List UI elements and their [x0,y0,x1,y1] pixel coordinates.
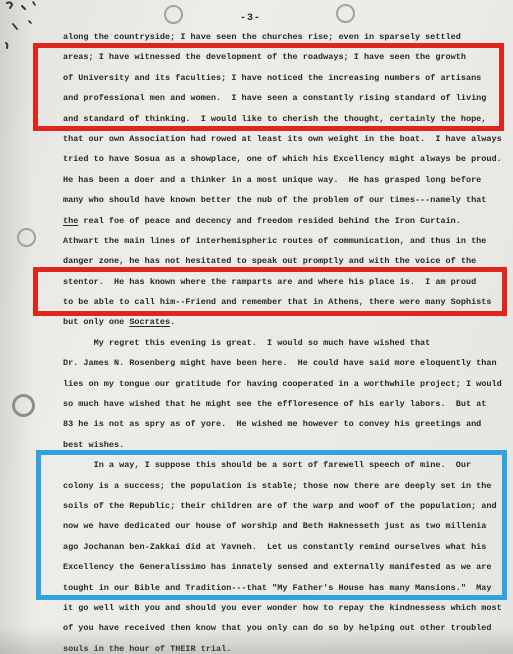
text-line: that our own Association had rowed at le… [63,129,509,149]
text-line: of you have received then know that you … [63,618,509,638]
text-line: of University and its faculties; I have … [63,68,509,88]
text-line: tought in our Bible and Tradition---that… [63,578,509,598]
text-line: danger zone, he has not hesitated to spe… [63,251,509,271]
page-number: -3- [0,13,507,24]
text-line: stentor. He has known where the ramparts… [63,272,509,292]
text-line: many who should have known better the nu… [63,190,509,210]
text-line: Athwart the main lines of interhemispher… [63,231,509,251]
text-line: He has been a doer and a thinker in a mo… [63,170,509,190]
hole-punch-left-upper [17,228,36,247]
text-line: best wishes. [63,435,509,455]
text-line: soils of the Republic; their children ar… [63,496,509,516]
text-line: colony is a success; the population is s… [63,476,509,496]
text-line: along the countryside; I have seen the c… [63,27,509,47]
text-line: Dr. James N. Rosenberg might have been h… [63,353,509,373]
text-line: lies on my tongue our gratitude for havi… [63,374,509,394]
text-line: so much have wished that he might see th… [63,394,509,414]
text-line: tried to have Sosua as a showplace, one … [63,149,509,169]
text-line: to be able to call him--Friend and remem… [63,292,509,312]
text-line: souls in the hour of THEIR trial. [63,639,509,654]
text-line: areas; I have witnessed the development … [63,47,509,67]
document-text: along the countryside; I have seen the c… [63,27,509,654]
text-line: In a way, I suppose this should be a sor… [63,455,509,475]
text-line: and professional men and women. I have s… [63,88,509,108]
text-line: now we have dedicated our house of worsh… [63,516,509,536]
text-line: but only one Socrates. [63,312,509,332]
text-line: ago Jochanan ben-Zakkai did at Yavneh. L… [63,537,509,557]
text-line: 83 he is not as spry as of yore. He wish… [63,414,509,434]
text-line: Excellency the Generalissimo has innatel… [63,557,509,577]
text-line: the real foe of peace and decency and fr… [63,211,509,231]
text-line: and standard of thinking. I would like t… [63,109,509,129]
hole-punch-left-lower [12,394,35,417]
pen-marks [0,0,60,60]
text-line: it go well with you and should you ever … [63,598,509,618]
text-line: My regret this evening is great. I would… [63,333,509,353]
scanned-document-page: -3- along the countryside; I have seen t… [0,0,513,654]
